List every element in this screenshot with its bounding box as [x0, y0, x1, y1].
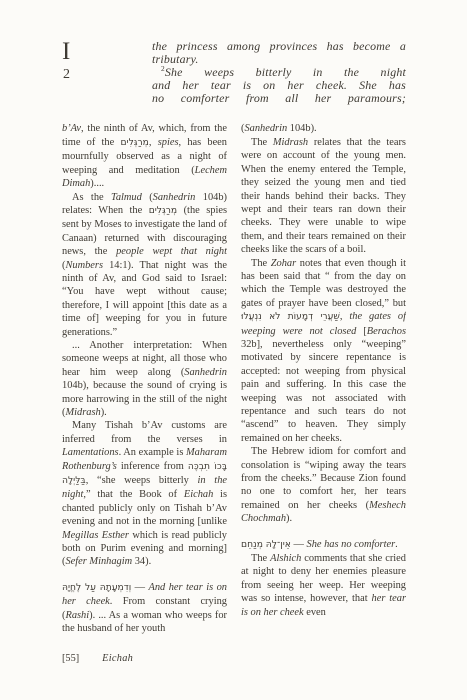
commentary-paragraph: b’Av, the ninth of Av, which, from the t… — [62, 122, 227, 190]
text-segment: , “she weeps bitterly — [86, 475, 198, 486]
text-segment: , — [340, 311, 350, 322]
text-segment: [ — [356, 326, 366, 337]
commentary-paragraph: אֵין־לָהּ מְנַחֵם — She has no comforter… — [241, 538, 406, 552]
text-segment: ).... — [90, 178, 104, 189]
text-segment: The — [251, 258, 271, 269]
chapter-numeral: I — [62, 40, 152, 64]
text-segment: ). — [101, 407, 107, 418]
text-segment: 32b], never­theless only “weeping” motiv… — [241, 339, 406, 444]
text-segment: even — [304, 607, 326, 618]
text-segment: Rashi — [65, 610, 89, 621]
text-segment: 14:1). That night was the ninth of Av, a… — [62, 260, 227, 338]
text-segment: As the — [72, 192, 111, 203]
text-segment: no comforter from all her paramours; — [152, 91, 406, 105]
text-segment: Midrash — [273, 137, 308, 148]
hebrew-phrase: מְרַגְּלִים — [149, 206, 177, 216]
text-segment: Sefer Minhagim — [65, 556, 132, 567]
verse-line: no comforter from all her paramours; — [152, 92, 406, 105]
text-segment: Many Tishah b’Av customs are inferred fr… — [62, 420, 227, 444]
text-segment: spies — [158, 137, 179, 148]
hebrew-phrase: וְדִמְעָתָהּ עַל לֶחֱיָהּ — [62, 583, 131, 593]
text-segment: Alshich — [270, 553, 301, 564]
text-segment: She has no comforter — [307, 539, 396, 550]
text-segment: ). — [286, 513, 292, 524]
text-segment: , — [149, 137, 158, 148]
commentary-columns: b’Av, the ninth of Av, which, from the t… — [62, 122, 406, 644]
text-segment: — — [291, 539, 307, 550]
commentary-paragraph: ... Another interpretation: When someone… — [62, 339, 227, 419]
text-segment: tributary. — [152, 52, 199, 66]
text-segment: Midrash — [65, 407, 100, 418]
text-segment: Megillas Esther — [62, 530, 129, 541]
text-segment: relates that the tears were on account o… — [241, 137, 406, 255]
hebrew-phrase: מְרַגְּלִים — [120, 138, 148, 148]
commentary-paragraph: As the Talmud (Sanhedrin 104b) relates: … — [62, 191, 227, 339]
text-segment: and her tear is on her cheek. She has — [152, 78, 406, 92]
text-segment: Sanhedrin — [244, 123, 287, 134]
page-header: I 2 the princess among provinces has bec… — [62, 40, 406, 105]
verse-number: 2 — [63, 67, 152, 83]
text-segment: The — [251, 137, 273, 148]
commentary-paragraph: The Hebrew idiom for comfort and consola… — [241, 445, 406, 525]
commentary-paragraph: Many Tishah b’Av customs are inferred fr… — [62, 419, 227, 568]
hebrew-phrase: שַׁעֲרֵי דְמָעוֹת לֹא נִנְעֲלוּ — [241, 312, 340, 322]
text-segment: ( — [142, 192, 153, 203]
text-segment: b’Av — [62, 123, 81, 134]
text-segment: inference from — [117, 461, 188, 472]
text-segment: — — [131, 582, 148, 593]
text-segment: Talmud — [111, 192, 142, 203]
text-segment: Zohar — [271, 258, 296, 269]
verse-text: the princess among provinces has become … — [152, 40, 406, 105]
book-title: Eichah — [102, 653, 133, 664]
page-number: [55] — [62, 653, 79, 664]
text-segment: Lamentations — [62, 447, 119, 458]
page-footer: [55] Eichah — [62, 653, 133, 664]
book-page: I 2 the princess among provinces has bec… — [0, 0, 467, 700]
commentary-paragraph: (Sanhedrin 104b). — [241, 122, 406, 135]
text-segment: Eichah — [184, 489, 213, 500]
commentary-paragraph: The Midrash relates that the tears were … — [241, 136, 406, 257]
hebrew-phrase: אֵין־לָהּ מְנַחֵם — [241, 540, 291, 550]
text-segment: . An example is — [119, 447, 186, 458]
chapter-verse-marker: I 2 — [62, 40, 152, 83]
text-segment: the princess among provinces has become … — [152, 39, 406, 53]
text-segment: . — [395, 539, 398, 550]
commentary-paragraph: The Alshich comments that she cried at n… — [241, 552, 406, 619]
commentary-paragraph: The Zohar notes that even though it has … — [241, 257, 406, 446]
text-segment: Berachos — [367, 326, 406, 337]
text-segment: ,” that the Book of — [83, 489, 183, 500]
text-segment: Numbers — [65, 260, 103, 271]
text-segment: Sanhedrin — [153, 192, 196, 203]
text-segment: The — [251, 553, 270, 564]
commentary-column-left: b’Av, the ninth of Av, which, from the t… — [62, 122, 227, 644]
text-segment: Sanhedrin — [184, 367, 227, 378]
text-segment: 34). — [132, 556, 151, 567]
commentary-column-right: (Sanhedrin 104b).The Midrash relates tha… — [241, 122, 406, 644]
text-segment: people wept that night — [116, 246, 227, 257]
text-segment: 104b). — [287, 123, 316, 134]
text-segment: She weeps bitterly in the night — [165, 65, 406, 79]
page-content: I 2 the princess among provinces has bec… — [62, 40, 406, 644]
commentary-paragraph: וְדִמְעָתָהּ עַל לֶחֱיָהּ — And her tear… — [62, 581, 227, 636]
